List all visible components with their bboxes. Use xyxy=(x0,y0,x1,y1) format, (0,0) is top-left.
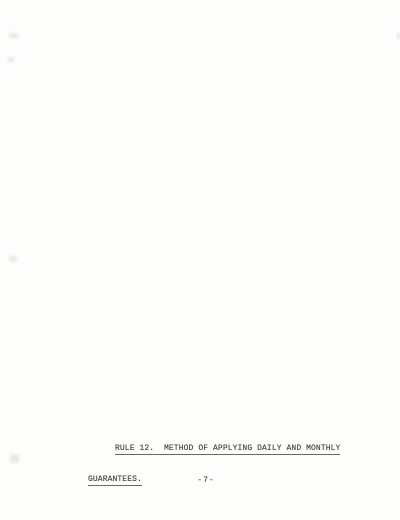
scan-smudge xyxy=(10,454,19,463)
scan-smudge xyxy=(9,256,17,262)
page-number: -7- xyxy=(6,476,400,485)
scan-smudge xyxy=(8,57,14,62)
rule-heading: RULE 12. METHOD OF APPLYING DAILY AND MO… xyxy=(88,424,340,506)
rule-heading-line-1: RULE 12. METHOD OF APPLYING DAILY AND MO… xyxy=(115,444,340,455)
scan-smudge xyxy=(9,33,18,38)
document-page: RULE 12. METHOD OF APPLYING DAILY AND MO… xyxy=(0,0,400,520)
